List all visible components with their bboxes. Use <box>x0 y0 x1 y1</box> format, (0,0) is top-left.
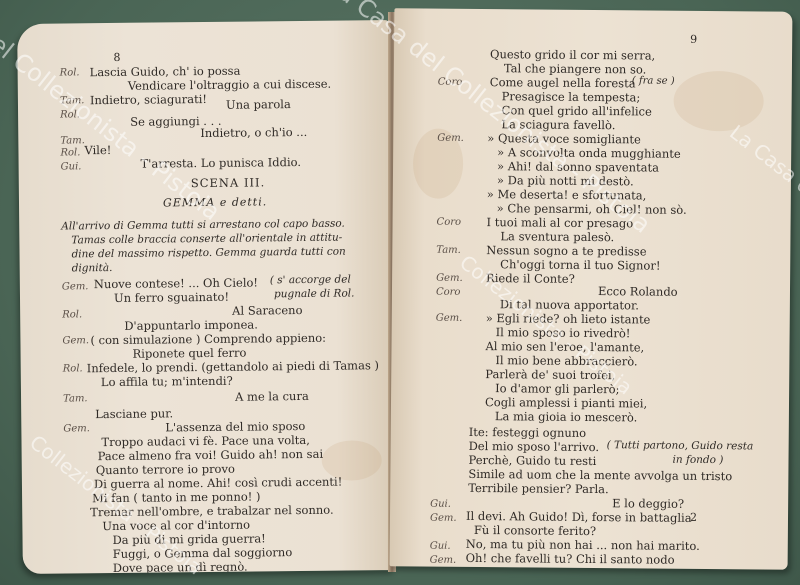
verse-line: Vile! <box>84 143 111 157</box>
verse-line: Al mio sen l'eroe, l'amante, <box>485 339 644 354</box>
speaker-label: Tam. <box>60 135 85 146</box>
verse-line: Al Saraceno <box>232 303 302 318</box>
scene-characters: GEMMA e detti. <box>163 195 267 209</box>
verse-line: Infedele, lo prendi. (gettandolo ai pied… <box>87 358 379 375</box>
verse-line: Indietro, o ch'io ... <box>200 125 307 140</box>
verse-line: Perchè, Guido tu resti <box>468 453 596 468</box>
speaker-label: Gem. <box>62 335 89 346</box>
verse-line: Nuove contese! ... Oh Cielo! <box>94 275 258 291</box>
verse-line: Il mio sposo io rivedrò! <box>496 325 631 340</box>
speaker-label: Gem. <box>63 423 90 434</box>
verse-line: Parlerà de' suoi trofei, <box>485 367 615 382</box>
speaker-label: Rol. <box>62 309 82 320</box>
stage-aside: in fondo ) <box>672 453 723 467</box>
verse-line: Vendicare l'oltraggio a cui discese. <box>128 77 332 93</box>
speaker-label: Tam. <box>436 245 461 256</box>
speaker-label: Rol. <box>60 147 80 158</box>
verse-line: ( con simulazione ) Comprendo appieno: <box>90 331 326 347</box>
stage-direction: dine del massimo rispetto. Gemma guarda … <box>71 245 345 262</box>
verse-line: D'appuntarlo imponea. <box>124 317 258 332</box>
speaker-label: Gem. <box>62 281 89 292</box>
verse-line: Dove pace un dì regnò. <box>113 560 248 574</box>
verse-line: » Egli riede? oh lieto istante <box>486 311 651 326</box>
speaker-label: Coro <box>436 287 461 298</box>
verse-line: Ecco Rolando <box>598 284 678 299</box>
verse-line: A me la cura <box>235 389 309 404</box>
verse-line: Cogli amplessi i pianti miei, <box>485 395 647 410</box>
stage-aside: ( s' accorge del <box>270 272 351 287</box>
scene-title: SCENA III. <box>191 175 266 190</box>
verse-line: Riede il Conte? <box>486 271 575 286</box>
speaker-label: Rol. <box>63 363 83 374</box>
verse-line: » Questa voce somigliante <box>487 131 641 146</box>
verse-line: Riponete quel ferro <box>133 346 247 361</box>
right-page: 9 Questo grido il cor mi serra, Tal che … <box>390 8 793 569</box>
verse-line: Ite: festeggi ognuno <box>469 425 587 440</box>
verse-line: Io d'amor gli parlerò; <box>495 381 619 396</box>
page-number: 8 <box>113 51 120 64</box>
verse-line: Indietro, sciagurati! <box>90 92 207 107</box>
verse-line: T'arresta. Lo punisca Iddio. <box>141 155 302 171</box>
verse-line: Un ferro sguainato! <box>114 290 229 305</box>
speaker-label: Gem. <box>430 513 457 524</box>
verse-line: E lo deggio? <box>612 496 684 511</box>
verse-line: Una voce al cor d'intorno <box>102 518 250 534</box>
verse-line: L'assenza del mio sposo <box>165 419 305 434</box>
verse-line: La sventura palesò. <box>500 229 614 244</box>
verse-line: Terribile pensier? Parla. <box>468 481 609 496</box>
verse-line: Tremar nell'ombre, e trabalzar nel sonno… <box>90 503 334 520</box>
speaker-label: Rol. <box>60 67 80 78</box>
speaker-label: Coro <box>438 77 463 88</box>
verse-line: Tal che piangere non so. <box>504 61 646 76</box>
verse-line: Quanto terrore io provo <box>96 462 235 477</box>
speaker-label: Tam. <box>60 95 85 106</box>
speaker-label: Gem. <box>430 555 457 566</box>
verse-line: Nessun sogno a te predisse <box>486 243 646 258</box>
verse-line: Fù il consorte ferito? <box>474 523 596 538</box>
verse-line: Di guerra al nome. Ahi! così crudi accen… <box>94 475 342 492</box>
verse-line: Di tal nuova apportator. <box>500 297 639 312</box>
verse-line: Oh! che favelli tu? Chi il santo nodo <box>466 551 675 567</box>
speaker-label: Tam. <box>63 393 88 404</box>
left-page: 8 Rol. Lascia Guido, ch' io possa Vendic… <box>17 20 395 574</box>
verse-line: Lasciane pur. <box>95 406 173 421</box>
signature-mark: 2 <box>690 511 697 524</box>
verse-line: Il mio bene abbraccierò. <box>495 353 637 368</box>
speaker-label: Gui. <box>430 541 451 552</box>
stage-aside: ( Tutti partono, Guido resta <box>607 438 754 453</box>
page-number: 9 <box>690 33 697 46</box>
verse-line: Presagisce la tempesta; <box>502 89 641 104</box>
verse-line: » Da più notti mi destò. <box>497 173 634 188</box>
verse-line: Fuggi, o Gemma dal soggiorno <box>113 545 293 561</box>
verse-line: La sciagura favellò. <box>501 117 615 132</box>
stage-direction: dignità. <box>72 261 113 275</box>
verse-line: Questo grido il cor mi serra, <box>490 47 655 62</box>
verse-line: Come augel nella foresta <box>490 75 636 90</box>
speaker-label: Gem. <box>436 313 463 324</box>
verse-line: Ch'oggi torna il tuo Signor! <box>500 257 660 272</box>
speaker-label: Coro <box>437 217 462 228</box>
verse-line: Lo affila tu; m'intendi? <box>101 374 233 389</box>
verse-line: La mia gioia io mescerò. <box>495 409 638 424</box>
verse-line: Con quel grido all'infelice <box>501 103 651 118</box>
speaker-label: Gem. <box>436 273 463 284</box>
speaker-label: Gui. <box>61 161 82 172</box>
verse-line: Del mio sposo l'arrivo. <box>469 439 600 454</box>
verse-line: » Me deserta! e sfortunata, <box>487 187 647 202</box>
verse-line: Una parola <box>226 97 291 112</box>
stage-aside: ( fra se ) <box>632 74 675 88</box>
speaker-label: Rol. <box>60 109 80 120</box>
speaker-label: Gem. <box>437 133 464 144</box>
verse-line: I tuoi mali al cor presago <box>487 215 634 230</box>
verse-line: » Ahi! dal sonno spaventata <box>497 159 659 174</box>
verse-line: Pace almeno fra voi! Guido ah! non sai <box>98 447 324 463</box>
speaker-label: Gui. <box>430 499 451 510</box>
paper-stain <box>673 71 764 132</box>
stage-aside: pugnale di Rol. <box>274 286 355 301</box>
